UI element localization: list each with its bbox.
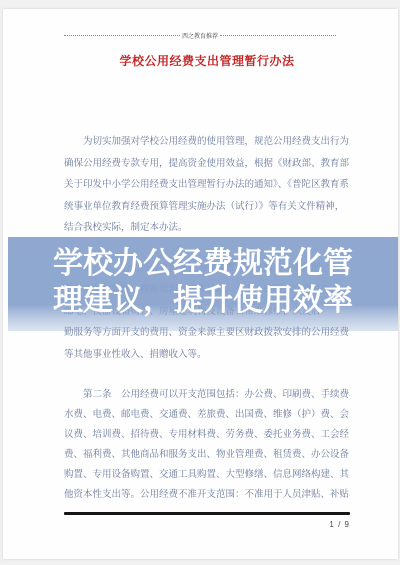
paragraph-article-2: 第二条 公用经费可以开支范围包括：办公费、印刷费、手续费、 水费、电费、邮电费、…	[64, 385, 350, 505]
text-line: 水费、电费、邮电费、交通费、差旅费、出国费、维修（护）费、会	[64, 405, 350, 425]
overlay-banner-title-line2: 理建议，提升使用效率	[8, 282, 398, 319]
header-watermark-text: 西之教育推荐	[180, 31, 220, 40]
text-line: 购置、专用设备购置、交通工具购置、大型修缮、信息网络构建、其	[64, 465, 350, 485]
footer-rule	[64, 512, 350, 515]
header-rule-dash-left	[64, 35, 180, 36]
header-rule: 西之教育推荐	[64, 30, 336, 40]
text-line: 为切实加强对学校公用经费的使用管理，规范公用经费支出行为，	[64, 132, 350, 154]
overlay-banner-title-line1: 学校办公经费规范化管	[8, 245, 398, 282]
overlay-banner: 学校办公经费规范化管 理建议，提升使用效率	[8, 237, 398, 331]
text-line: 议费、培训费、招待费、专用材料费、劳务费、委托业务费、工会经	[64, 425, 350, 445]
text-line: 他资本性支出等。公用经费不准开支范围：不准用于人员津贴、补贴、	[64, 485, 350, 505]
text-line: 第二条 公用经费可以开支范围包括：办公费、印刷费、手续费、	[64, 385, 350, 405]
header-rule-dash-right	[220, 35, 336, 36]
document-page: 西之教育推荐 学校公用经费支出管理暂行办法 为切实加强对学校公用经费的使用管理，…	[3, 9, 398, 559]
text-line: 费、福利费、其他商品和服务支出、物业管理费、租赁费、办公设备	[64, 445, 350, 465]
text-line: 确保公用经费专款专用，提高资金使用效益，根据《财政部、教育部	[64, 154, 350, 176]
text-line: 统事业单位教育经费预算管理实施办法（试行）》等有关文件精神，	[64, 197, 350, 219]
document-title: 学校公用经费支出管理暂行办法	[64, 52, 350, 70]
paragraph-intro: 为切实加强对学校公用经费的使用管理，规范公用经费支出行为， 确保公用经费专款专用…	[64, 132, 350, 240]
text-line: 关于印发中小学公用经费支出管理暂行办法的通知》、《普陀区教育系	[64, 175, 350, 197]
text-line: 等其他事业性收入、捐赠收入等。	[64, 345, 350, 367]
screenshot-canvas: 西之教育推荐 学校公用经费支出管理暂行办法 为切实加强对学校公用经费的使用管理，…	[0, 0, 400, 565]
page-number: 1 / 9	[64, 520, 350, 529]
